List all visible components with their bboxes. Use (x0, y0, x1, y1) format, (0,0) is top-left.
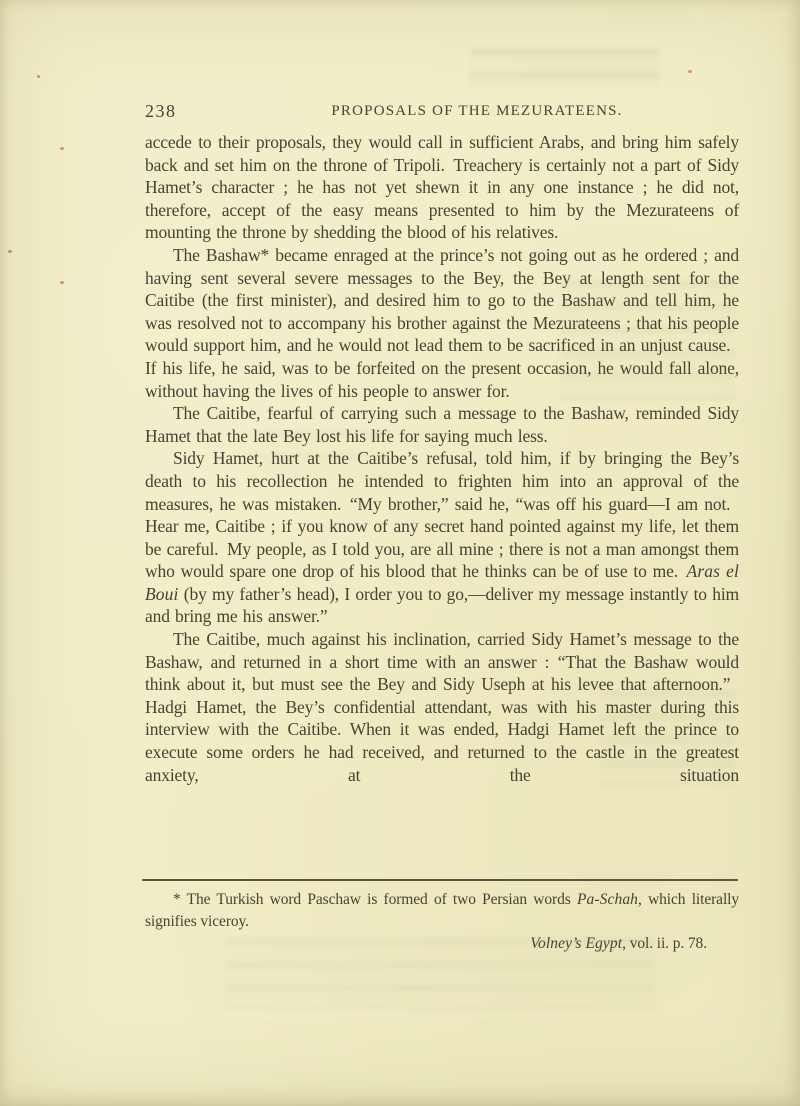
show-through-ghost (470, 48, 660, 90)
paper-speck (688, 70, 692, 73)
paragraph-4: Sidy Hamet, hurt at the Caitibe’s refusa… (145, 447, 739, 628)
attribution-volume-page: , vol. ii. p. 78. (622, 935, 707, 952)
paper-speck (8, 250, 12, 253)
page-header: 238 PROPOSALS OF THE MEZURATEENS. (145, 101, 737, 127)
attribution-work-title: Volney’s Egypt (530, 935, 622, 952)
paragraph-4-text-before: Sidy Hamet, hurt at the Caitibe’s refusa… (145, 448, 739, 581)
paragraph-5: The Caitibe, much against his inclinatio… (145, 628, 739, 786)
paper-speck (37, 75, 40, 78)
book-page: 238 PROPOSALS OF THE MEZURATEENS. accede… (0, 0, 800, 1106)
footnote: * The Turkish word Paschaw is formed of … (145, 889, 739, 955)
footnote-text: * The Turkish word Paschaw is formed of … (145, 889, 739, 933)
paragraph-1: accede to their proposals, they would ca… (145, 131, 739, 244)
paragraph-2: The Bashaw* became enraged at the prince… (145, 244, 739, 402)
footnote-text-before: * The Turkish word Paschaw is formed of … (173, 891, 577, 908)
italic-phrase-pa-schah: Pa-Schah (577, 891, 638, 908)
paper-speck (60, 281, 64, 284)
paragraph-4-text-after: (by my father’s head), I order you to go… (145, 584, 739, 627)
footnote-divider-rule (142, 879, 738, 881)
footnote-attribution: Volney’s Egypt, vol. ii. p. 78. (145, 933, 739, 955)
paper-speck (60, 147, 64, 150)
paragraph-3: The Caitibe, fearful of carrying such a … (145, 402, 739, 447)
body-text: accede to their proposals, they would ca… (145, 131, 739, 786)
running-title: PROPOSALS OF THE MEZURATEENS. (145, 103, 737, 120)
